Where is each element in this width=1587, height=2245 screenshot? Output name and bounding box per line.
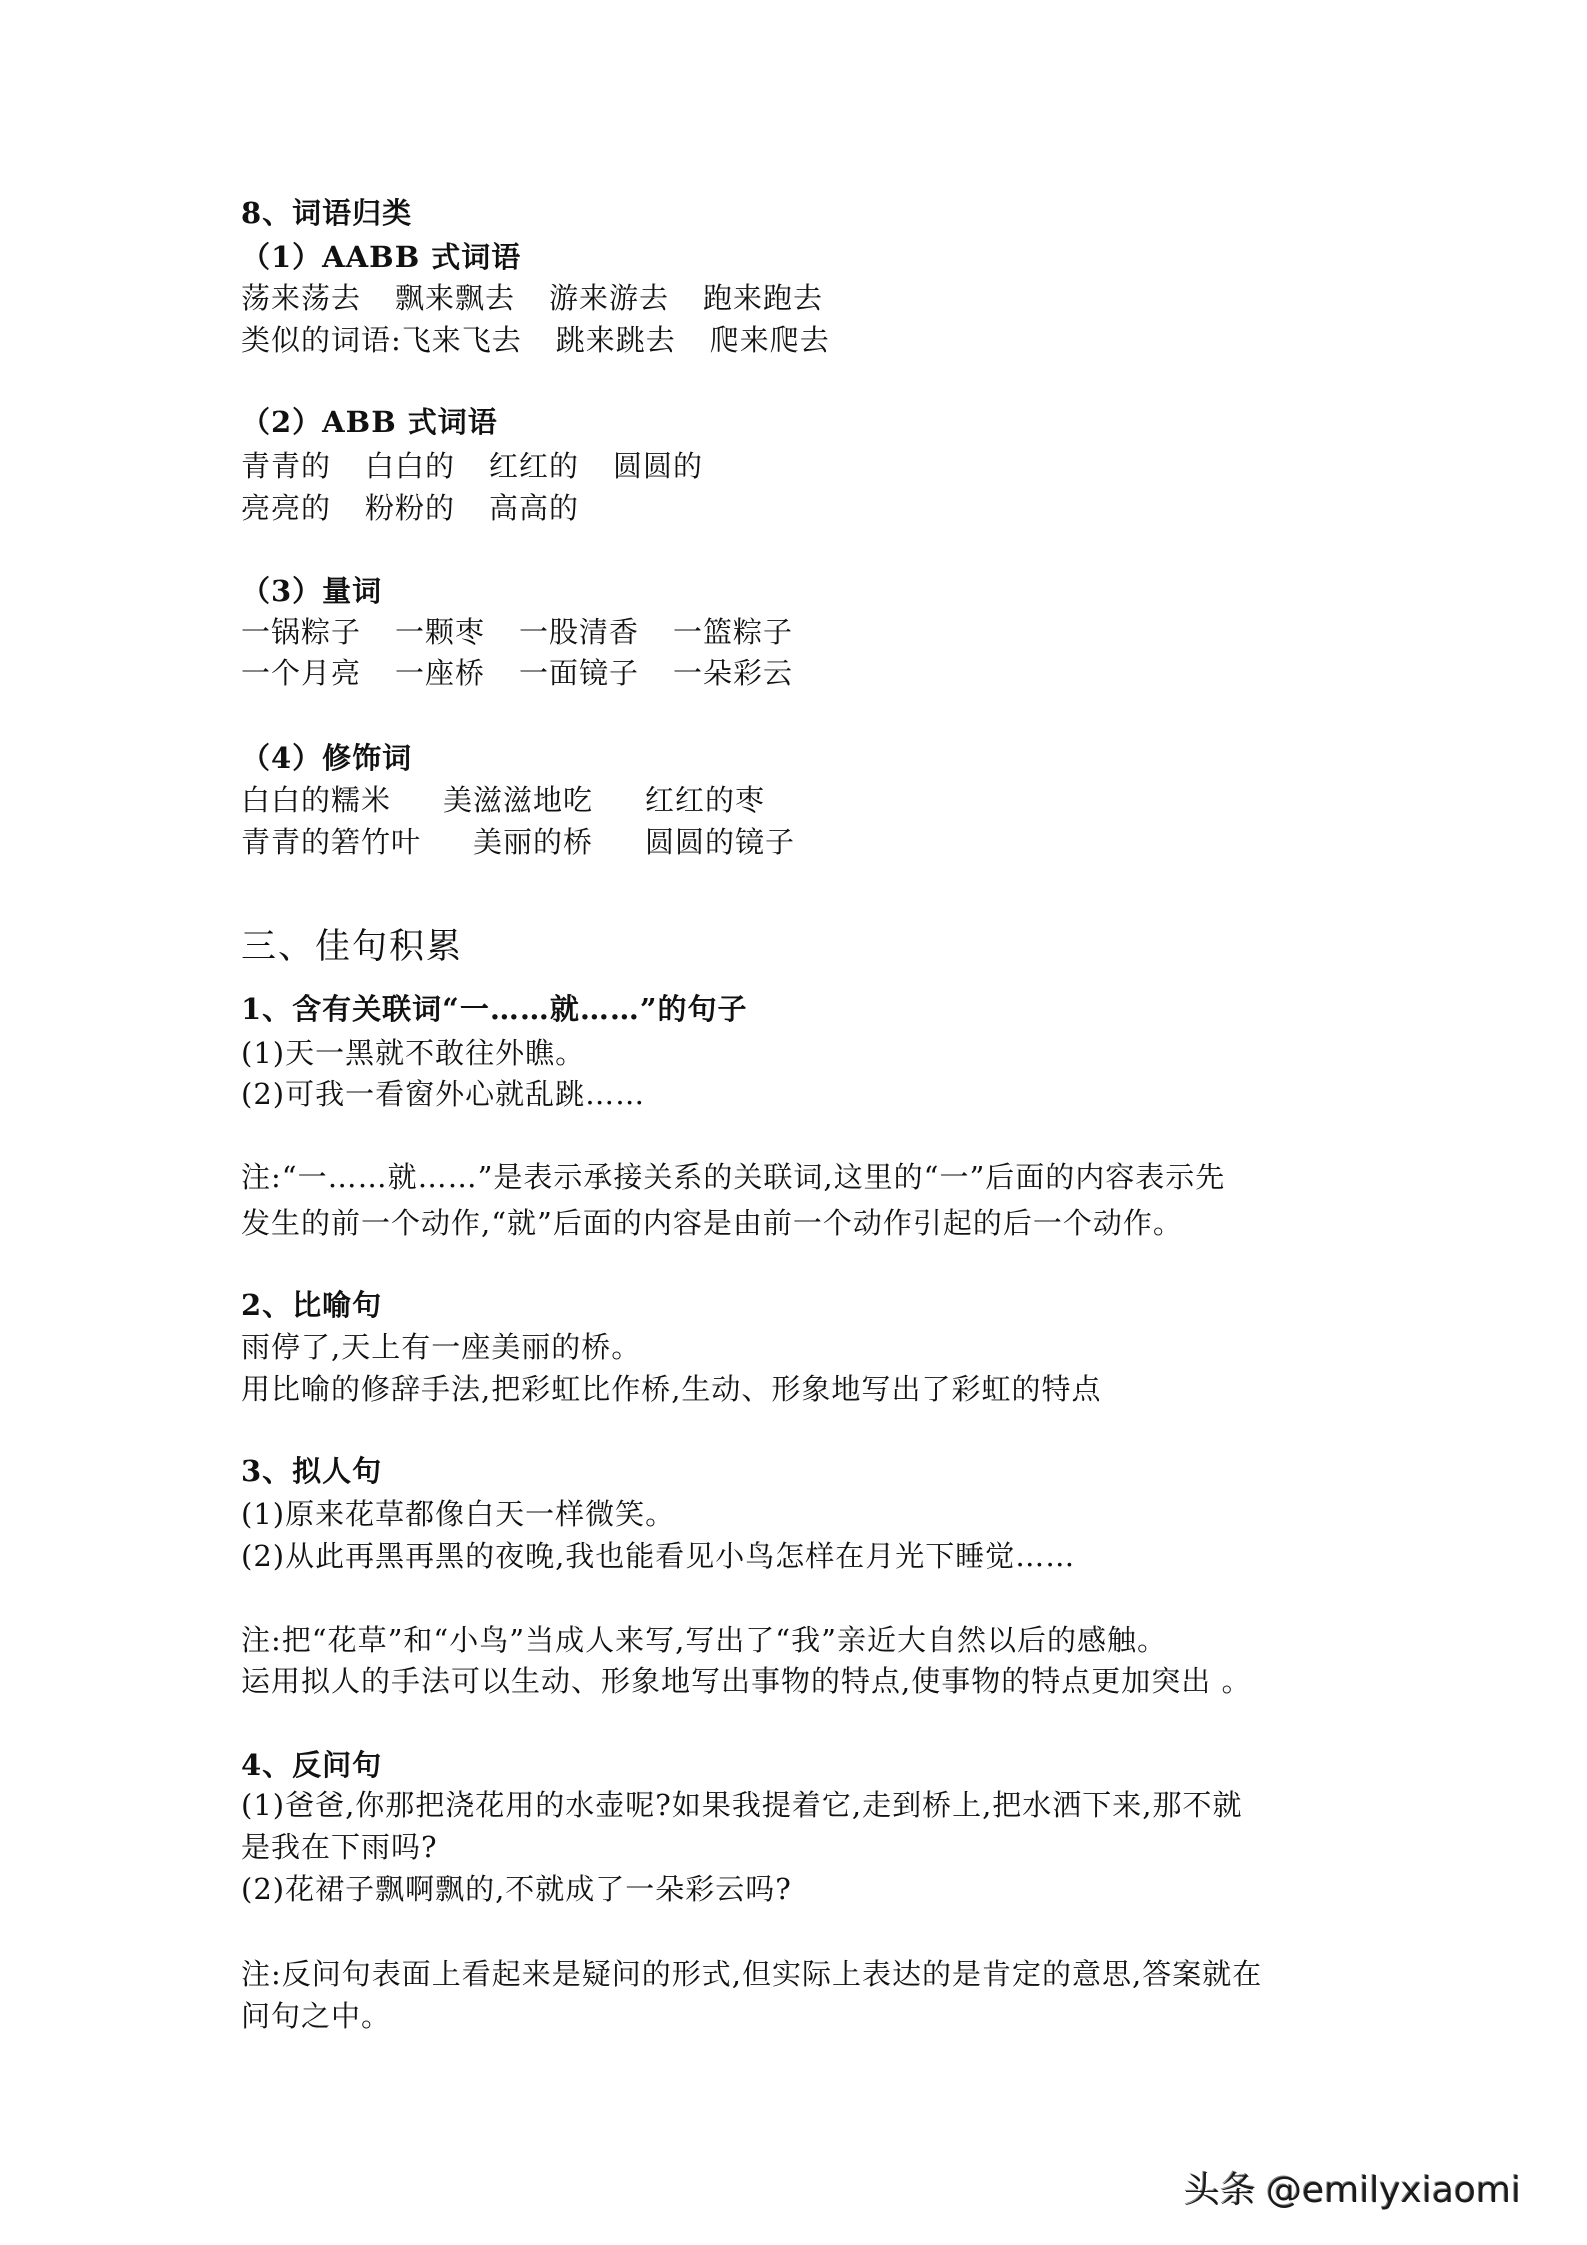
word: 一锅粽子 xyxy=(241,615,361,649)
item-4-title: 4、反问句 xyxy=(241,1748,382,1782)
word: 圆圆的镜子 xyxy=(645,825,795,859)
sentence: (1)天一黑就不敢往外瞧。 xyxy=(241,1036,585,1070)
word: 游来游去 xyxy=(549,281,669,315)
word: 跑来跑去 xyxy=(703,281,823,315)
word: 红红的 xyxy=(489,449,579,483)
watermark-handle: @emilyxiaomi xyxy=(1266,2170,1521,2211)
word-row: 一锅粽子一颗枣一股清香一篮粽子 xyxy=(241,615,793,649)
word: 一篮粽子 xyxy=(673,615,793,649)
sentence: (1)原来花草都像白天一样微笑。 xyxy=(241,1497,675,1531)
word-row: 白白的糯米美滋滋地吃红红的枣 xyxy=(241,783,765,817)
word: 美丽的桥 xyxy=(473,825,593,859)
sentence: 雨停了,天上有一座美丽的桥。 xyxy=(241,1330,641,1364)
note: 运用拟人的手法可以生动、形象地写出事物的特点,使事物的特点更加突出 。 xyxy=(241,1664,1251,1698)
sentence: (2)可我一看窗外心就乱跳…… xyxy=(241,1077,645,1111)
word: 类似的词语:飞来飞去 xyxy=(241,323,522,357)
section-3-title: 三、佳句积累 xyxy=(241,926,463,968)
item-1-title: 1、含有关联词“一……就……”的句子 xyxy=(241,992,748,1026)
group-abb-title: （2）ABB 式词语 xyxy=(241,405,498,439)
sentence: (2)从此再黑再黑的夜晚,我也能看见小鸟怎样在月光下睡觉…… xyxy=(241,1539,1075,1573)
word: 爬来爬去 xyxy=(710,323,830,357)
word: 圆圆的 xyxy=(613,449,703,483)
word: 飘来飘去 xyxy=(395,281,515,315)
word: 青青的 xyxy=(241,449,331,483)
word-row: 青青的白白的红红的圆圆的 xyxy=(241,449,703,483)
word: 一朵彩云 xyxy=(673,656,793,690)
word: 白白的糯米 xyxy=(241,783,391,817)
word-row: 类似的词语:飞来飞去跳来跳去爬来爬去 xyxy=(241,323,830,357)
watermark-platform: 头条 xyxy=(1184,2170,1256,2211)
note: 注:“一……就……”是表示承接关系的关联词,这里的“一”后面的内容表示先 xyxy=(241,1160,1225,1194)
word-row: 亮亮的粉粉的高高的 xyxy=(241,491,579,525)
note: 注:把“花草”和“小鸟”当成人来写,写出了“我”亲近大自然以后的感触。 xyxy=(241,1623,1167,1657)
word: 青青的箬竹叶 xyxy=(241,825,421,859)
word: 一颗枣 xyxy=(395,615,485,649)
sentence: (2)花裙子飘啊飘的,不就成了一朵彩云吗? xyxy=(241,1872,792,1906)
word-row: 荡来荡去飘来飘去游来游去跑来跑去 xyxy=(241,281,823,315)
word: 亮亮的 xyxy=(241,491,331,525)
section-8-title: 8、词语归类 xyxy=(241,196,412,230)
word: 荡来荡去 xyxy=(241,281,361,315)
item-2-title: 2、比喻句 xyxy=(241,1288,382,1322)
sentence: (1)爸爸,你那把浇花用的水壶呢?如果我提着它,走到桥上,把水洒下来,那不就 xyxy=(241,1788,1243,1822)
note: 注:反问句表面上看起来是疑问的形式,但实际上表达的是肯定的意思,答案就在 xyxy=(241,1957,1262,1991)
word: 美滋滋地吃 xyxy=(443,783,593,817)
sentence: 是我在下雨吗? xyxy=(241,1830,438,1864)
group-modifiers-title: （4）修饰词 xyxy=(241,741,412,775)
word: 一座桥 xyxy=(395,656,485,690)
word: 粉粉的 xyxy=(365,491,455,525)
word-row: 一个月亮一座桥一面镜子一朵彩云 xyxy=(241,656,793,690)
word: 高高的 xyxy=(489,491,579,525)
word: 跳来跳去 xyxy=(556,323,676,357)
word: 一个月亮 xyxy=(241,656,361,690)
note: 发生的前一个动作,“就”后面的内容是由前一个动作引起的后一个动作。 xyxy=(241,1206,1183,1240)
group-aabb-title: （1）AABB 式词语 xyxy=(241,240,521,274)
group-measure-words-title: （3）量词 xyxy=(241,574,382,608)
word: 一面镜子 xyxy=(519,656,639,690)
word: 白白的 xyxy=(365,449,455,483)
word: 一股清香 xyxy=(519,615,639,649)
watermark: 头条@emilyxiaomi xyxy=(1184,2162,1521,2213)
sentence: 用比喻的修辞手法,把彩虹比作桥,生动、形象地写出了彩虹的特点 xyxy=(241,1372,1101,1406)
word-row: 青青的箬竹叶美丽的桥圆圆的镜子 xyxy=(241,825,795,859)
item-3-title: 3、拟人句 xyxy=(241,1454,382,1488)
word: 红红的枣 xyxy=(645,783,765,817)
note: 问句之中。 xyxy=(241,1999,391,2033)
